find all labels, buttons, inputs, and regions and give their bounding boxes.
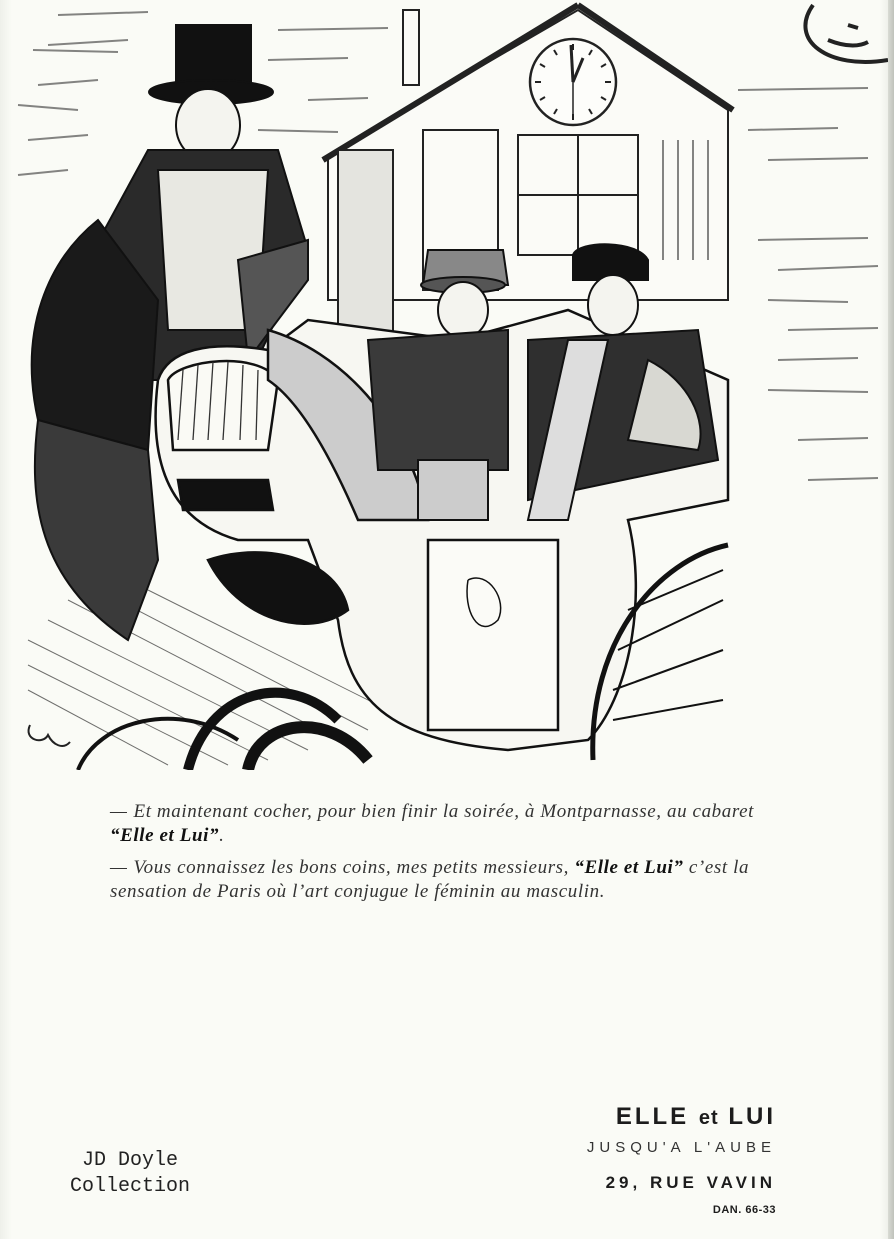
ad-title-elle: ELLE (616, 1103, 689, 1130)
ad-title-lui: LUI (728, 1103, 776, 1130)
dialogue-dash: — (110, 801, 128, 822)
ad-title: ELLE et LUI (580, 1100, 776, 1135)
caption-dialogue: —Et maintenant cocher, pour bien finir l… (110, 800, 800, 912)
watermark-line-1: JD Doyle (50, 1148, 210, 1174)
scanned-page: —Et maintenant cocher, pour bien finir l… (0, 0, 894, 1239)
collection-watermark: JD Doyle Collection (50, 1148, 210, 1200)
caption-line-2: —Vous connaissez les bons coins, mes pet… (110, 856, 800, 904)
caption-text: Vous connaissez les bons coins, mes peti… (134, 857, 575, 878)
ad-phone: DAN. 66-33 (580, 1201, 776, 1219)
advertisement-block: ELLE et LUI JUSQU'A L'AUBE 29, RUE VAVIN… (580, 1100, 776, 1219)
ad-tagline: JUSQU'A L'AUBE (580, 1135, 776, 1161)
watermark-line-2: Collection (50, 1174, 210, 1200)
caption-punctuation: . (219, 825, 224, 846)
moon-face (805, 5, 888, 62)
dialogue-dash: — (110, 857, 128, 878)
page-edge-shadow (888, 0, 894, 1239)
ad-address: 29, RUE VAVIN (580, 1165, 776, 1201)
caption-line-1: —Et maintenant cocher, pour bien finir l… (110, 800, 800, 848)
coachman-figure (32, 25, 308, 640)
caption-text: Et maintenant cocher, pour bien finir la… (134, 801, 755, 822)
cabaret-name: “Elle et Lui” (574, 857, 683, 878)
carriage-illustration (8, 0, 888, 770)
artist-signature (29, 725, 70, 746)
cabaret-name: “Elle et Lui” (110, 825, 219, 846)
ad-title-et: et (699, 1107, 719, 1129)
